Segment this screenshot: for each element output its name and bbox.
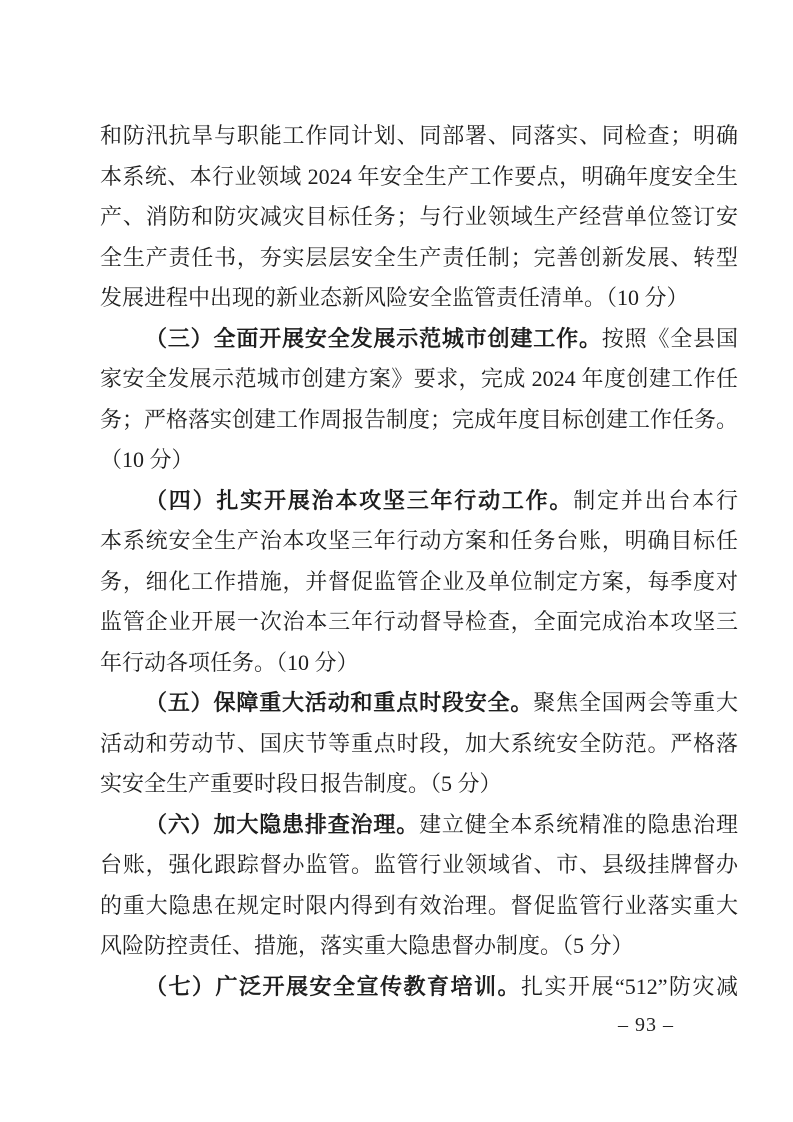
text-line: 产、消防和防灾减灾目标任务；与行业领域生产经营单位签订安 xyxy=(100,197,738,238)
section-lead-in: （五）保障重大活动和重点时段安全。 xyxy=(145,690,533,715)
section-lead-in: （四）扎实开展治本攻坚三年行动工作。 xyxy=(145,488,573,513)
body-text: 聚焦全国两会等重大 xyxy=(533,690,738,715)
text-line: （四）扎实开展治本攻坚三年行动工作。制定并出台本行业、 xyxy=(100,481,738,522)
body-text: 监管企业开展一次治本三年行动督导检查，全面完成治本攻坚三 xyxy=(100,609,738,634)
text-line: （三）全面开展安全发展示范城市创建工作。按照《全县国 xyxy=(100,319,738,360)
text-line: 本系统安全生产治本攻坚三年行动方案和任务台账，明确目标任 xyxy=(100,521,738,562)
page-number: – 93 – xyxy=(618,1012,674,1038)
body-text: 本系统安全生产治本攻坚三年行动方案和任务台账，明确目标任 xyxy=(100,528,738,553)
body-text: 建立健全本系统精准的隐患治理 xyxy=(419,812,738,837)
text-line: （七）广泛开展安全宣传教育培训。扎实开展“512”防灾减 xyxy=(100,967,738,1008)
body-text: 本系统、本行业领域 2024 年安全生产工作要点，明确年度安全生 xyxy=(100,164,738,189)
text-line: 监管企业开展一次治本三年行动督导检查，全面完成治本攻坚三 xyxy=(100,602,738,643)
text-line: 实安全生产重要时段日报告制度。（5 分） xyxy=(100,764,738,805)
body-text: 务；严格落实创建工作周报告制度；完成年度目标创建工作任务。 xyxy=(100,407,738,432)
section-lead-in: （六）加大隐患排查治理。 xyxy=(145,812,419,837)
text-line: 发展进程中出现的新业态新风险安全监管责任清单。（10 分） xyxy=(100,278,738,319)
text-line: 的重大隐患在规定时限内得到有效治理。督促监管行业落实重大 xyxy=(100,886,738,927)
text-line: 本系统、本行业领域 2024 年安全生产工作要点，明确年度安全生 xyxy=(100,157,738,198)
text-line: 和防汛抗旱与职能工作同计划、同部署、同落实、同检查；明确 xyxy=(100,116,738,157)
body-text: （10 分） xyxy=(100,447,194,472)
body-text: 发展进程中出现的新业态新风险安全监管责任清单。（10 分） xyxy=(100,285,689,310)
body-text: 活动和劳动节、国庆节等重点时段，加大系统安全防范。严格落 xyxy=(100,731,738,756)
body-text: 和防汛抗旱与职能工作同计划、同部署、同落实、同检查；明确 xyxy=(100,123,738,148)
body-text: 按照《全县国 xyxy=(602,326,738,351)
paragraph: （五）保障重大活动和重点时段安全。聚焦全国两会等重大活动和劳动节、国庆节等重点时… xyxy=(100,683,738,805)
section-lead-in: （七）广泛开展安全宣传教育培训。 xyxy=(145,974,521,999)
document-page: 和防汛抗旱与职能工作同计划、同部署、同落实、同检查；明确本系统、本行业领域 20… xyxy=(0,0,793,1122)
text-line: 活动和劳动节、国庆节等重点时段，加大系统安全防范。严格落 xyxy=(100,724,738,765)
body-text: 风险防控责任、措施，落实重大隐患督办制度。（5 分） xyxy=(100,933,634,958)
body-text: 年行动各项任务。（10 分） xyxy=(100,650,359,675)
text-line: （六）加大隐患排查治理。建立健全本系统精准的隐患治理 xyxy=(100,805,738,846)
document-body: 和防汛抗旱与职能工作同计划、同部署、同落实、同检查；明确本系统、本行业领域 20… xyxy=(100,116,738,1007)
text-line: 务；严格落实创建工作周报告制度；完成年度目标创建工作任务。 xyxy=(100,400,738,441)
body-text: 产、消防和防灾减灾目标任务；与行业领域生产经营单位签订安 xyxy=(100,204,738,229)
paragraph: （四）扎实开展治本攻坚三年行动工作。制定并出台本行业、本系统安全生产治本攻坚三年… xyxy=(100,481,738,684)
paragraph: 和防汛抗旱与职能工作同计划、同部署、同落实、同检查；明确本系统、本行业领域 20… xyxy=(100,116,738,319)
text-line: 全生产责任书，夯实层层安全生产责任制；完善创新发展、转型 xyxy=(100,238,738,279)
text-line: 家安全发展示范城市创建方案》要求，完成 2024 年度创建工作任 xyxy=(100,359,738,400)
text-line: 年行动各项任务。（10 分） xyxy=(100,643,738,684)
body-text: 全生产责任书，夯实层层安全生产责任制；完善创新发展、转型 xyxy=(100,245,738,270)
text-line: （10 分） xyxy=(100,440,738,481)
body-text: 台账，强化跟踪督办监管。监管行业领域省、市、县级挂牌督办 xyxy=(100,852,738,877)
body-text: 扎实开展“512”防灾减 xyxy=(521,974,738,999)
paragraph: （六）加大隐患排查治理。建立健全本系统精准的隐患治理台账，强化跟踪督办监管。监管… xyxy=(100,805,738,967)
text-line: 台账，强化跟踪督办监管。监管行业领域省、市、县级挂牌督办 xyxy=(100,845,738,886)
paragraph: （三）全面开展安全发展示范城市创建工作。按照《全县国家安全发展示范城市创建方案》… xyxy=(100,319,738,481)
text-line: （五）保障重大活动和重点时段安全。聚焦全国两会等重大 xyxy=(100,683,738,724)
text-line: 务，细化工作措施，并督促监管企业及单位制定方案，每季度对 xyxy=(100,562,738,603)
body-text: 务，细化工作措施，并督促监管企业及单位制定方案，每季度对 xyxy=(100,569,738,594)
body-text: 实安全生产重要时段日报告制度。（5 分） xyxy=(100,771,502,796)
body-text: 的重大隐患在规定时限内得到有效治理。督促监管行业落实重大 xyxy=(100,893,738,918)
section-lead-in: （三）全面开展安全发展示范城市创建工作。 xyxy=(145,326,602,351)
body-text: 家安全发展示范城市创建方案》要求，完成 2024 年度创建工作任 xyxy=(100,366,738,391)
paragraph: （七）广泛开展安全宣传教育培训。扎实开展“512”防灾减 xyxy=(100,967,738,1008)
text-line: 风险防控责任、措施，落实重大隐患督办制度。（5 分） xyxy=(100,926,738,967)
